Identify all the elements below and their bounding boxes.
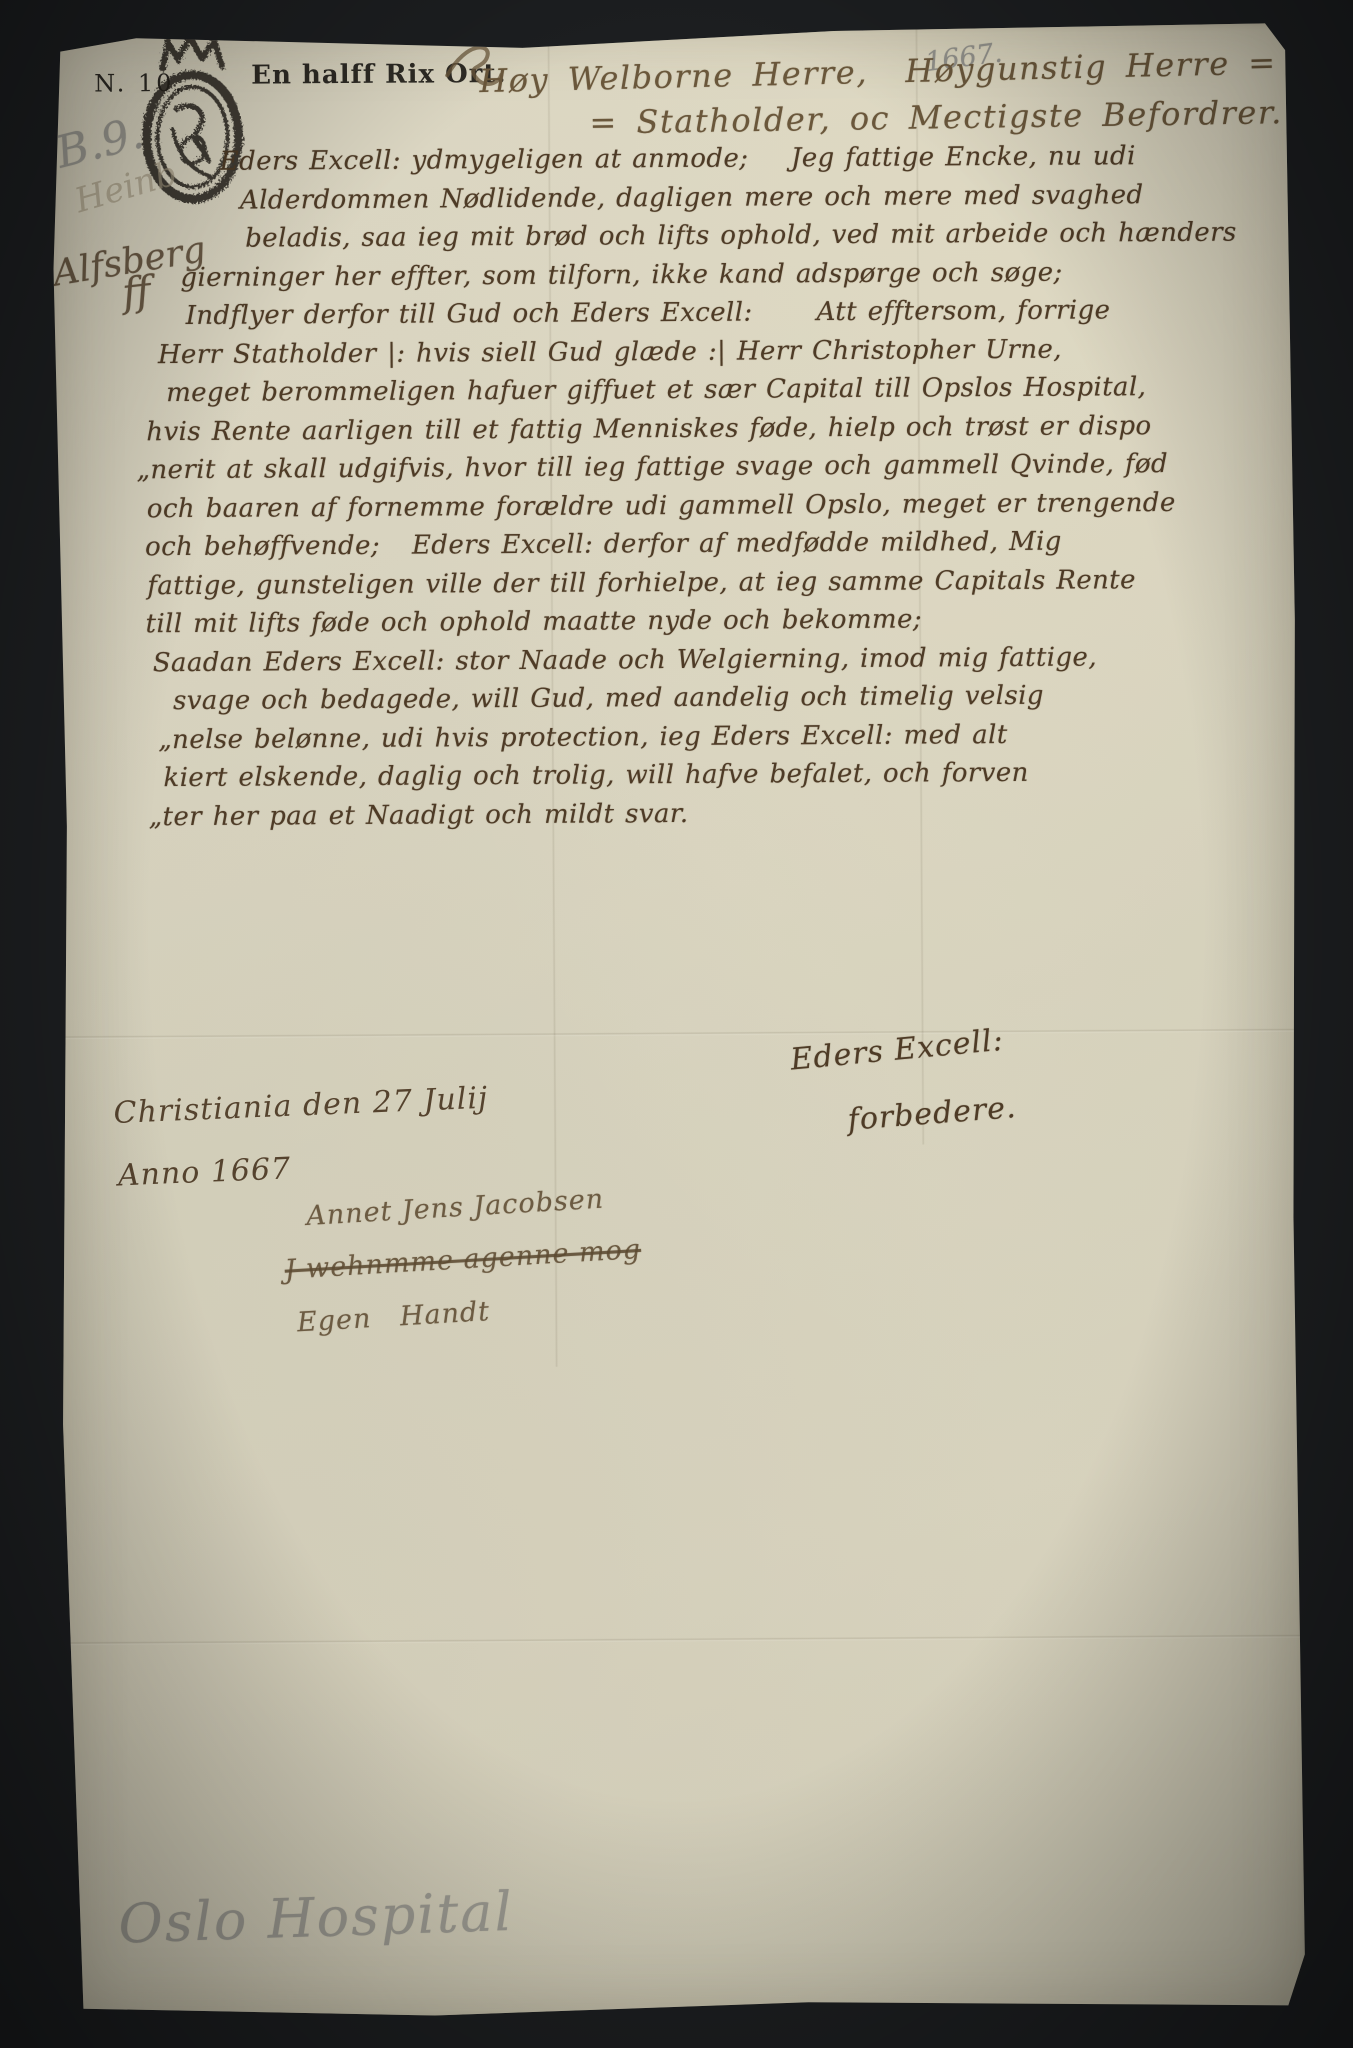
letter-heading-line2: = Statholder, oc Mectigste Befordrer.	[589, 93, 1283, 141]
pencil-archive-note: Oslo Hospital	[118, 1880, 515, 1956]
signature-line2-struck: J wehnmme agenne mog	[284, 1234, 642, 1286]
letter-line: Herr Statholder |: hvis siell Gud glæde …	[158, 329, 1216, 374]
letter-line: fattige, gunsteligen ville der till forh…	[147, 560, 1217, 605]
horizontal-fold-crease	[55, 1028, 1301, 1040]
letter-line: och behøffvende; Eders Excell: derfor af…	[145, 522, 1217, 567]
letter-line: och baaren af fornemme forældre udi gamm…	[147, 483, 1217, 528]
letter-line: „nelse belønne, udi hvis protection, ieg…	[158, 714, 1218, 759]
horizontal-fold-crease	[59, 1634, 1305, 1646]
closing-line2: forbedere.	[846, 1090, 1017, 1138]
manuscript-paper: N. 10. En halff Rix Ort.	[49, 22, 1307, 2022]
letter-line: Eders Excell: ydmygeligen at anmode; Jeg…	[220, 137, 1215, 182]
closing-line1: Eders Excell:	[789, 1023, 1005, 1078]
dateline-place: Christiania den 27 Julij	[113, 1081, 489, 1131]
letter-body: Eders Excell: ydmygeligen at anmode; Jeg…	[135, 137, 1219, 837]
letter-line: Saadan Eders Excell: stor Naade och Welg…	[153, 637, 1218, 682]
letter-line: hvis Rente aarligen till et fattig Menni…	[146, 406, 1216, 451]
letter-line: Indflyer derfor till Gud och Eders Excel…	[186, 291, 1216, 336]
signature-line3: Egen Handt	[296, 1287, 642, 1338]
letter-line: gierninger her effter, som tilforn, ikke…	[180, 252, 1215, 297]
letter-line: svage och bedagede, will Gud, med aandel…	[173, 676, 1218, 721]
letter-line: beladis, saa ieg mit brød och lifts opho…	[245, 214, 1215, 258]
letter-line: Alderdommen Nødlidende, dagligen mere oc…	[240, 175, 1215, 219]
archive-photo-background: { "colors": { "background": "#1c1e20", "…	[0, 0, 1353, 2048]
dateline-year: Anno 1667	[117, 1151, 292, 1193]
letter-line: „ter her paa et Naadigt och mildt svar.	[149, 791, 1219, 836]
letter-line: till mit lifts føde och ophold maatte ny…	[145, 599, 1217, 644]
signature-block: Annet Jens Jacobsen J wehnmme agenne mog…	[284, 1190, 642, 1329]
letter-line: „nerit at skall udgifvis, hvor till ieg …	[137, 445, 1217, 490]
signature-line1: Annet Jens Jacobsen	[306, 1181, 642, 1232]
letter-heading-line1: Høy Welborne Herre, Høygunstig Herre =	[479, 43, 1277, 100]
letter-line: meget berommeligen hafuer giffuet et sær…	[166, 368, 1216, 413]
letter-line: kiert elskende, daglig och trolig, will …	[163, 753, 1218, 798]
